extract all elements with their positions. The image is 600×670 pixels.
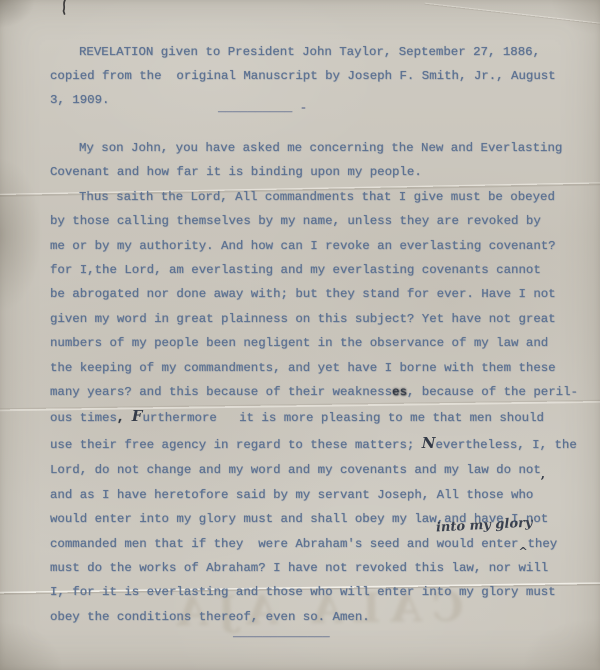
document-line: must do the works of Abraham? I have not… xyxy=(50,556,578,580)
separator-line-top: __________ - xyxy=(218,101,307,115)
typed-text: and as I have heretofore said by my serv… xyxy=(50,488,533,502)
typed-text: the keeping of my commandments, and yet … xyxy=(50,361,556,375)
typed-text: many years? and this because of their we… xyxy=(50,385,392,399)
struck-letters: es xyxy=(392,385,407,399)
document-page: CALA AJA REVELATION given to President J… xyxy=(0,0,600,670)
document-line: given my word in great plainness on this… xyxy=(50,307,578,331)
document-line: Lord, do not change and my word and my c… xyxy=(50,457,578,482)
document-line: the keeping of my commandments, and yet … xyxy=(50,356,578,380)
document-line: and as I have heretofore said by my serv… xyxy=(50,483,578,507)
typed-text: for I,the Lord, am everlasting and my ev… xyxy=(50,263,541,277)
document-line: ous times, Furthermore it is more pleasi… xyxy=(50,404,578,430)
document-line: copied from the original Manuscript by J… xyxy=(50,64,556,88)
document-line: use their free agency in regard to these… xyxy=(50,431,578,457)
typed-text: My son John, you have asked me concernin… xyxy=(79,141,562,155)
typed-text: must do the works of Abraham? I have not… xyxy=(50,561,548,575)
typed-text: me or by my authority. And how can I rev… xyxy=(50,239,556,253)
document-line: by those calling themselves by my name, … xyxy=(50,209,578,233)
typed-text: by those calling themselves by my name, … xyxy=(50,214,541,228)
typed-text: Thus saith the Lord, All commandments th… xyxy=(79,190,555,204)
typed-text: obey the conditions thereof, even so. Am… xyxy=(50,610,370,624)
typed-text: copied from the original Manuscript by J… xyxy=(50,69,556,83)
typed-text: use their free agency in regard to these… xyxy=(50,438,422,452)
typed-text: be abrogated nor done away with; but the… xyxy=(50,287,556,301)
typed-text: REVELATION given to President John Taylo… xyxy=(79,45,540,59)
typed-text: they xyxy=(527,537,557,551)
document-line: I, for it is everlasting and those who w… xyxy=(50,580,578,604)
typed-text xyxy=(124,411,131,425)
typed-text: ous times xyxy=(50,411,117,425)
document-line: be abrogated nor done away with; but the… xyxy=(50,282,578,306)
document-body: My son John, you have asked me concernin… xyxy=(50,136,578,629)
handwritten-mark: , xyxy=(541,466,545,481)
typed-text: evertheless, I, the xyxy=(436,438,577,452)
document-line: Covenant and how far it is binding upon … xyxy=(50,160,578,184)
document-line: me or by my authority. And how can I rev… xyxy=(50,234,578,258)
document-line: Thus saith the Lord, All commandments th… xyxy=(50,185,578,209)
typed-text: I, for it is everlasting and those who w… xyxy=(50,585,556,599)
handwritten-mark: N xyxy=(422,434,436,452)
typed-text: , because of the peril- xyxy=(407,385,578,399)
typed-text: numbers of my people been negligent in t… xyxy=(50,336,548,350)
document-line: commanded men that if they were Abraham'… xyxy=(50,532,578,556)
typed-text: 3, 1909. xyxy=(50,93,110,107)
separator-line-bottom: _____________ xyxy=(233,626,330,640)
handwritten-mark: F xyxy=(132,407,143,425)
document-line: REVELATION given to President John Taylo… xyxy=(50,40,556,64)
document-line: My son John, you have asked me concernin… xyxy=(50,136,578,160)
typed-text: urthermore it is more pleasing to me tha… xyxy=(142,411,544,425)
typed-text: given my word in great plainness on this… xyxy=(50,312,556,326)
document-line: for I,the Lord, am everlasting and my ev… xyxy=(50,258,578,282)
caret-mark: ^ xyxy=(518,540,527,564)
pen-mark xyxy=(57,0,71,18)
paper-crease-corner xyxy=(425,3,600,28)
document-line: many years? and this because of their we… xyxy=(50,380,578,404)
typed-text: Covenant and how far it is binding upon … xyxy=(50,165,422,179)
typed-text: Lord, do not change and my word and my c… xyxy=(50,463,541,477)
document-line: numbers of my people been negligent in t… xyxy=(50,331,578,355)
